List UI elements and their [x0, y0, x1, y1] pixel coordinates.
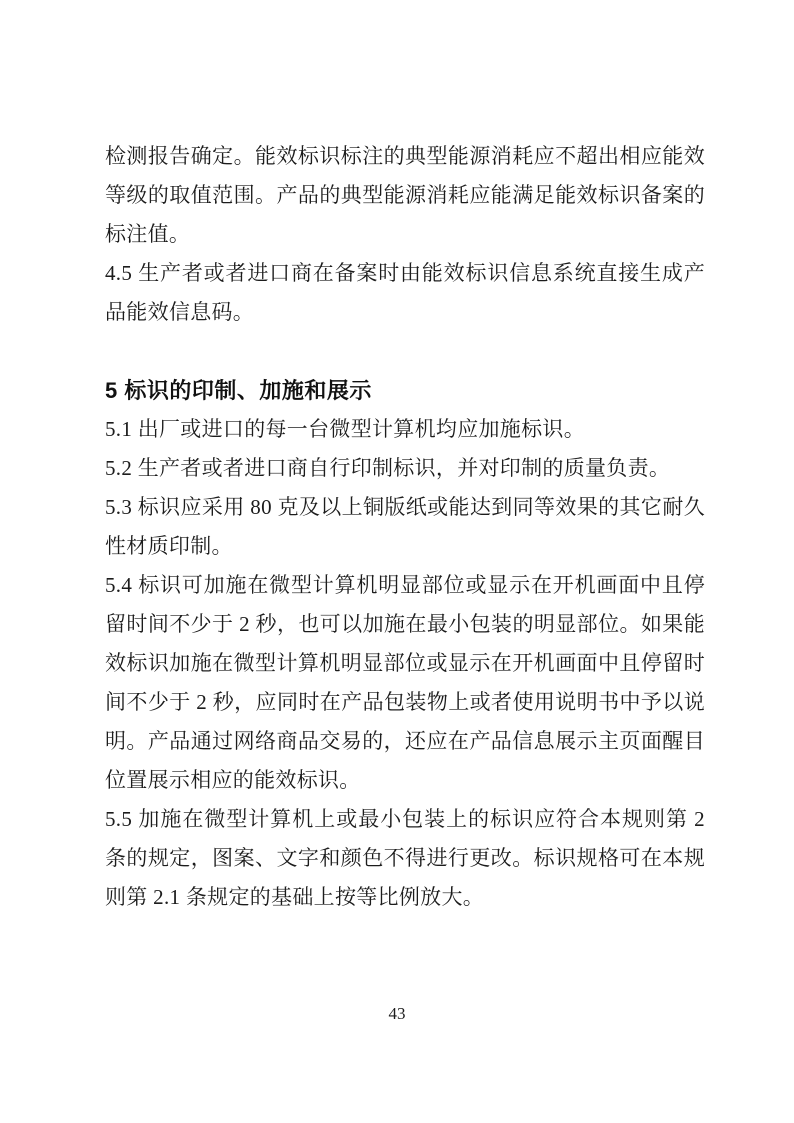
clause-4-5: 4.5 生产者或者进口商在备案时由能效标识信息系统直接生成产品能效信息码。 [105, 254, 705, 332]
page-number: 43 [389, 1004, 406, 1023]
paragraph-energy-label-range: 检测报告确定。能效标识标注的典型能源消耗应不超出相应能效等级的取值范围。产品的典… [105, 137, 705, 254]
section-5-heading: 5 标识的印制、加施和展示 [105, 371, 705, 410]
clause-5-3: 5.3 标识应采用 80 克及以上铜版纸或能达到同等效果的其它耐久性材质印制。 [105, 488, 705, 566]
clause-5-5: 5.5 加施在微型计算机上或最小包装上的标识应符合本规则第 2 条的规定，图案、… [105, 800, 705, 917]
clause-5-2: 5.2 生产者或者进口商自行印制标识，并对印制的质量负责。 [105, 449, 705, 488]
document-body: 检测报告确定。能效标识标注的典型能源消耗应不超出相应能效等级的取值范围。产品的典… [105, 137, 705, 917]
document-page: 检测报告确定。能效标识标注的典型能源消耗应不超出相应能效等级的取值范围。产品的典… [0, 0, 794, 1123]
clause-5-4: 5.4 标识可加施在微型计算机明显部位或显示在开机画面中且停留时间不少于 2 秒… [105, 566, 705, 800]
clause-5-1: 5.1 出厂或进口的每一台微型计算机均应加施标识。 [105, 410, 705, 449]
page-footer: 43 [0, 1003, 794, 1025]
